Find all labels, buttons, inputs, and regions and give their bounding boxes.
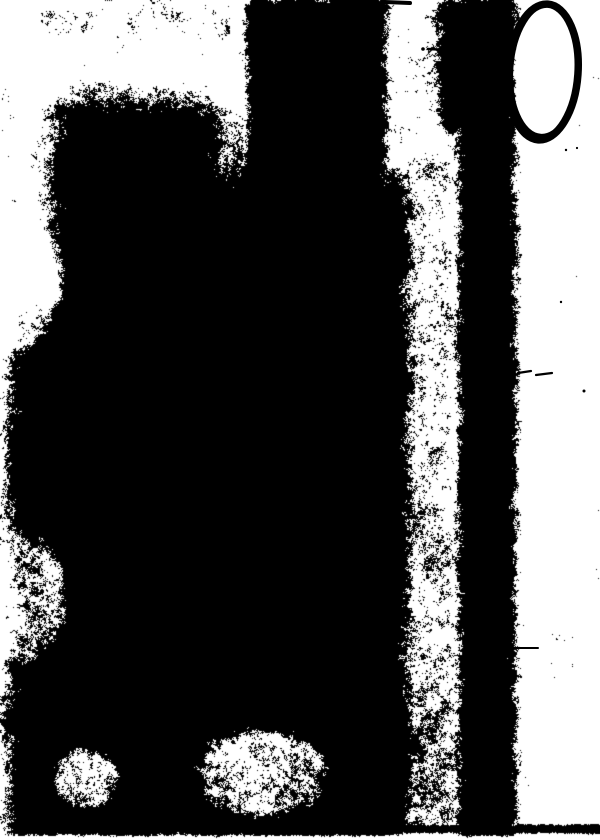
ink-speck: [421, 47, 425, 51]
ink-speck: [576, 147, 578, 149]
ink-speck: [560, 301, 562, 303]
pencil-mark: [536, 373, 552, 375]
pencil-mark: [518, 371, 531, 373]
pencil-mark: [385, 2, 410, 3]
ink-speck: [583, 390, 586, 393]
annotation-overlay: [0, 0, 600, 840]
ink-speck: [565, 149, 567, 151]
scanned-photocopy-page: [0, 0, 600, 840]
pencil-mark: [428, 49, 449, 50]
